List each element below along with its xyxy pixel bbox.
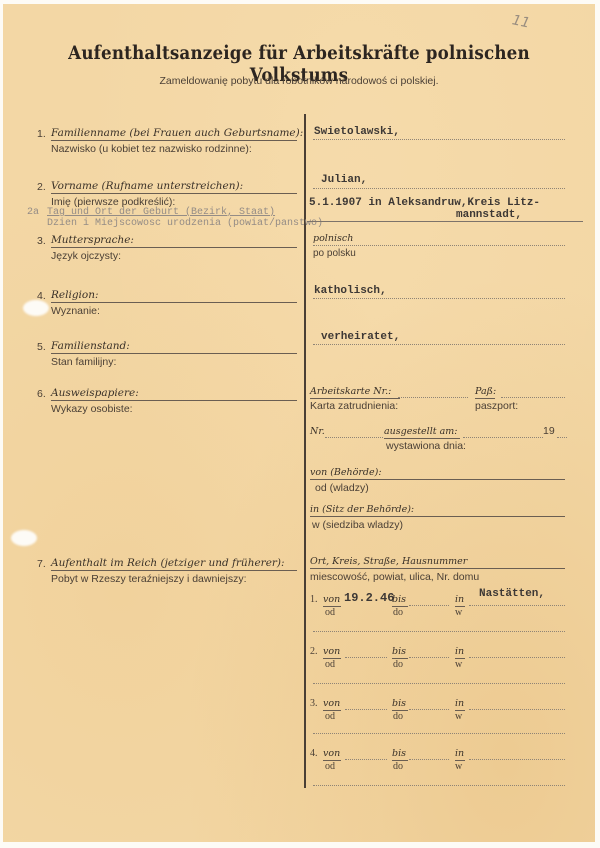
field-number: 6.	[37, 388, 46, 400]
value-mother-tongue-pl[interactable]: po polsku	[313, 248, 356, 259]
from-date-line[interactable]	[345, 709, 387, 710]
label-de: Muttersprache:	[51, 234, 134, 246]
in-label-de: in	[455, 698, 464, 709]
in-label-de: in	[455, 748, 464, 759]
value-line	[313, 139, 565, 140]
value-mother-tongue-de[interactable]: polnisch	[313, 233, 353, 244]
label-de: Tag und Ort der Geburt (Bezirk, Staat)	[47, 207, 275, 218]
to-date-line[interactable]	[409, 759, 449, 760]
in-label-de: in	[455, 594, 464, 605]
address-line[interactable]	[313, 733, 565, 734]
entry-number: 3.	[310, 698, 318, 709]
punch-hole-bottom	[11, 530, 37, 546]
from-label-pl: od	[325, 659, 335, 670]
place-line[interactable]	[469, 709, 565, 710]
year-prefix: 19	[543, 425, 555, 437]
number-label: Nr.	[310, 426, 325, 437]
to-label-de: bis	[392, 698, 406, 709]
authority-label-de: von (Behörde):	[310, 467, 382, 478]
label-de: Familienname (bei Frauen auch Geburtsnam…	[51, 127, 303, 139]
residence-header-de: Ort, Kreis, Straße, Hausnummer	[310, 556, 467, 567]
label-de: Vorname (Rufname unterstreichen):	[51, 180, 243, 192]
value-line	[313, 245, 565, 246]
label-de: Familienstand:	[51, 340, 130, 352]
label-rule	[51, 247, 297, 248]
in-label-pl: w	[455, 761, 462, 772]
in-label-pl: w	[455, 607, 462, 618]
to-date-line[interactable]	[409, 605, 449, 606]
to-label-de: bis	[392, 646, 406, 657]
punch-hole-top	[23, 300, 49, 316]
value-birth-line2[interactable]: mannstadt,	[456, 209, 522, 221]
from-date-line[interactable]	[345, 657, 387, 658]
entry-number: 4.	[310, 748, 318, 759]
field-number: 7.	[37, 558, 46, 570]
label-rule	[475, 398, 495, 399]
place[interactable]: Nastätten,	[479, 588, 545, 600]
passport-label-pl: paszport:	[475, 400, 518, 412]
label-rule	[51, 302, 297, 303]
label-rule	[51, 400, 297, 401]
to-label-pl: do	[393, 659, 403, 670]
to-label-de: bis	[392, 594, 406, 605]
issued-date-line[interactable]	[463, 437, 543, 438]
value-line	[313, 344, 565, 345]
field-number: 1.	[37, 128, 46, 140]
passport-line[interactable]	[501, 397, 565, 398]
in-label-de: in	[455, 646, 464, 657]
year-line[interactable]	[557, 437, 567, 438]
from-label-de: von	[323, 698, 340, 709]
label-rule	[51, 570, 297, 571]
issued-label-pl: wystawiona dnia:	[386, 440, 466, 452]
from-label-pl: od	[325, 711, 335, 722]
seat-label-de: in (Sitz der Behörde):	[310, 504, 414, 515]
field-number: 2a	[27, 207, 39, 218]
label-rule	[51, 353, 297, 354]
in-label-pl: w	[455, 659, 462, 670]
label-rule	[51, 140, 297, 141]
work-card-number-line[interactable]	[398, 397, 468, 398]
from-date[interactable]: 19.2.46	[344, 591, 394, 605]
value-line	[307, 221, 583, 222]
place-line	[469, 605, 565, 606]
pencil-page-mark: 11	[511, 12, 532, 31]
value-first-name[interactable]: Julian,	[321, 174, 367, 186]
to-label-de: bis	[392, 748, 406, 759]
label-pl: Język ojczysty:	[51, 250, 121, 262]
from-label-pl: od	[325, 607, 335, 618]
label-de: Ausweispapiere:	[51, 387, 139, 399]
label-pl: Pobyt w Rzeszy teraźniejszy i dawniejszy…	[51, 573, 247, 585]
to-date-line[interactable]	[409, 709, 449, 710]
issued-label-de: ausgestellt am:	[384, 426, 457, 437]
value-family-name[interactable]: Swietolawski,	[314, 126, 400, 138]
seat-line[interactable]	[310, 516, 565, 517]
to-label-pl: do	[393, 607, 403, 618]
from-label-de: von	[323, 748, 340, 759]
label-pl: Wykazy osobiste:	[51, 403, 133, 415]
label-pl: Nazwisko (u kobiet tez nazwisko rodzinne…	[51, 143, 252, 155]
label-de: Aufenthalt im Reich (jetziger und früher…	[51, 557, 285, 569]
value-line	[313, 298, 565, 299]
to-date-line[interactable]	[409, 657, 449, 658]
place-line[interactable]	[469, 657, 565, 658]
label-rule	[51, 193, 297, 194]
form-subtitle: Zameldowanię pobytu dla robotników narod…	[3, 75, 595, 87]
label-pl: Wyznanie:	[51, 305, 100, 317]
entry-number: 1.	[310, 594, 318, 605]
address-line[interactable]	[313, 683, 565, 684]
place-line[interactable]	[469, 759, 565, 760]
value-line	[313, 188, 565, 189]
seat-label-pl: w (siedziba wladzy)	[312, 519, 403, 531]
to-label-pl: do	[393, 761, 403, 772]
column-divider	[304, 114, 306, 788]
authority-line[interactable]	[310, 479, 565, 480]
work-card-label-pl: Karta zatrudnienia:	[310, 400, 398, 412]
residence-header-pl: miescowość, powiat, ulica, Nr. domu	[310, 571, 479, 583]
from-label-de: von	[323, 594, 340, 605]
header-rule	[310, 568, 565, 569]
field-number: 4.	[37, 290, 46, 302]
to-label-pl: do	[393, 711, 403, 722]
value-religion[interactable]: katholisch,	[314, 285, 387, 297]
number-line[interactable]	[325, 437, 383, 438]
address-line[interactable]	[313, 785, 565, 786]
entry-number: 2.	[310, 646, 318, 657]
form-page: 11 Aufenthaltsanzeige für Arbeitskräfte …	[3, 4, 595, 842]
in-label-pl: w	[455, 711, 462, 722]
value-birth-line1[interactable]: 5.1.1907 in Aleksandruw,Kreis Litz-	[309, 197, 540, 209]
label-pl: Stan familijny:	[51, 356, 116, 368]
label-pl: Dzien i Miejscowosc urodzenia (powiat/pa…	[47, 218, 323, 229]
label-rule	[384, 438, 460, 439]
value-marital-status[interactable]: verheiratet,	[321, 331, 400, 343]
field-number: 5.	[37, 341, 46, 353]
from-label-de: von	[323, 646, 340, 657]
field-number: 3.	[37, 235, 46, 247]
field-number: 2.	[37, 181, 46, 193]
authority-label-pl: od (wladzy)	[315, 482, 369, 494]
from-date-line[interactable]	[345, 759, 387, 760]
label-rule	[310, 398, 400, 399]
from-label-pl: od	[325, 761, 335, 772]
work-card-label-de: Arbeitskarte Nr.:	[310, 386, 391, 397]
label-de: Religion:	[51, 289, 99, 301]
passport-label-de: Paß:	[475, 386, 496, 397]
address-line[interactable]	[313, 631, 565, 632]
